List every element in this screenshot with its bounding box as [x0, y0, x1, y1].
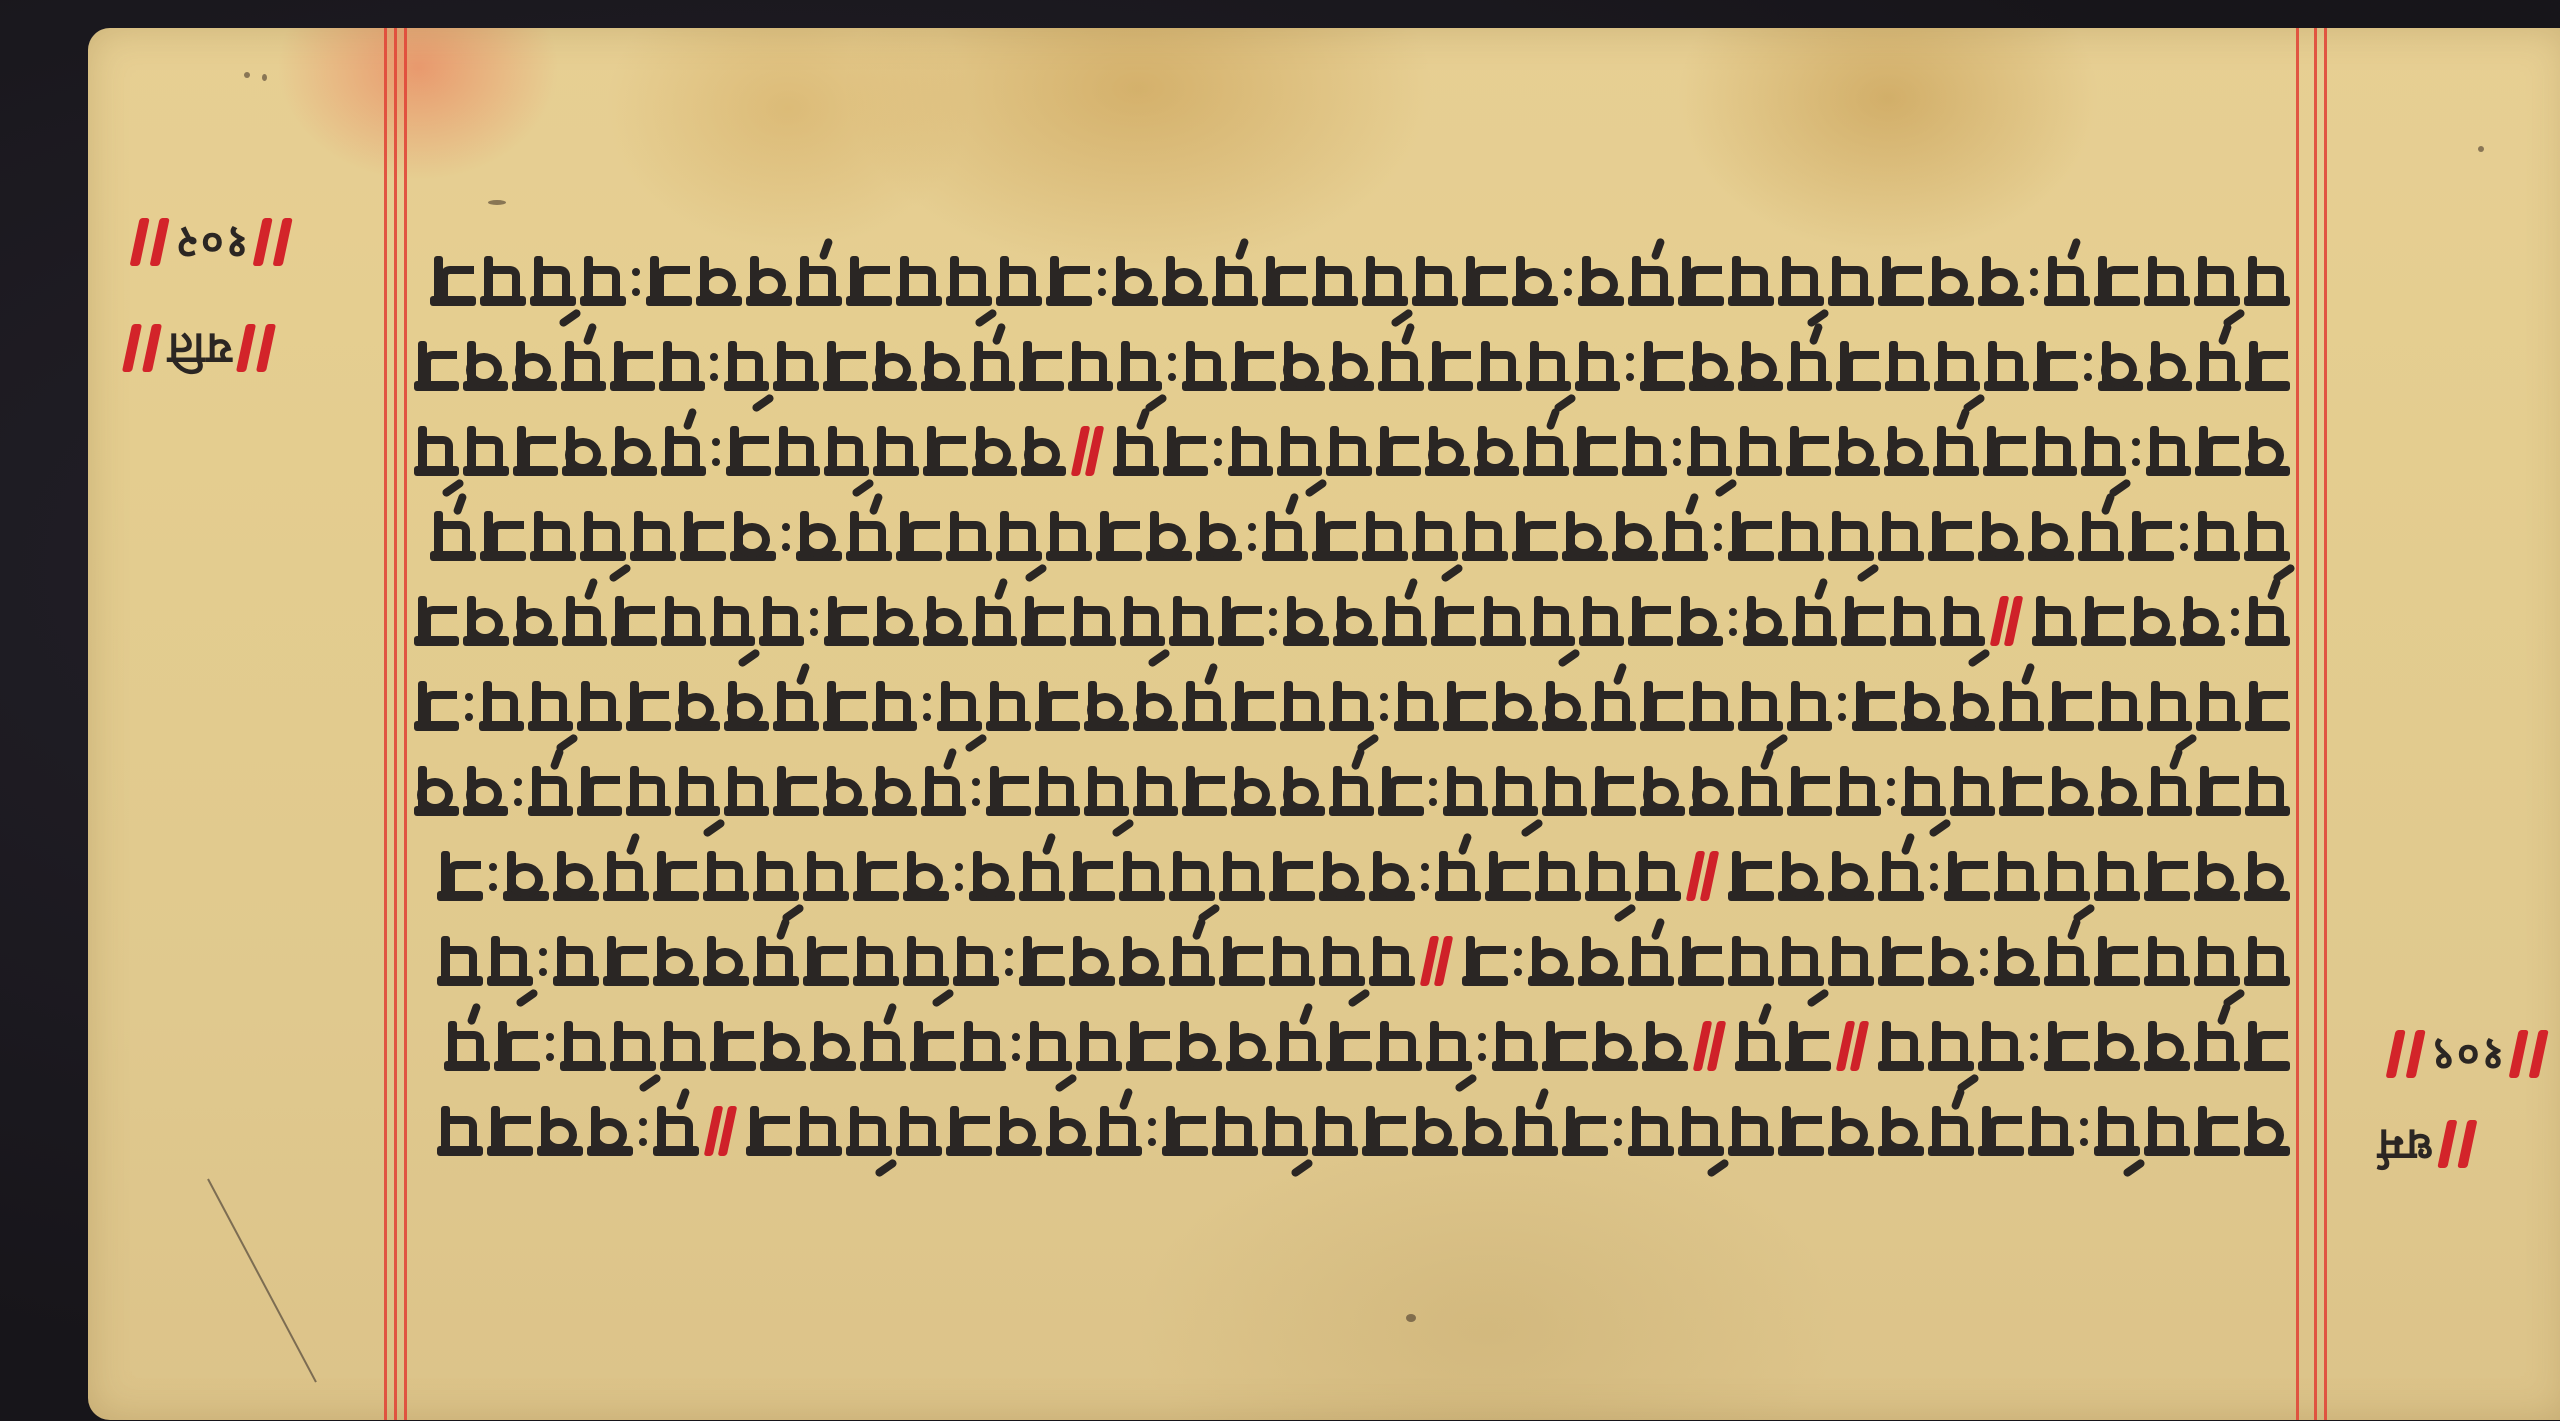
script-aksara: [1841, 596, 1886, 646]
script-aksara: [1076, 1021, 1122, 1071]
manuscript-line: [410, 1106, 2290, 1170]
script-aksara: [1934, 341, 1979, 391]
script-aksara: [1262, 256, 1308, 306]
script-aksara: [1828, 256, 1874, 306]
script-aksara: [653, 936, 699, 986]
left-margin-rule: [384, 28, 387, 1420]
script-aksara: [1376, 426, 1421, 476]
visarga-mark: [2078, 1106, 2090, 1156]
visarga-mark: [808, 596, 820, 646]
script-aksara: [660, 1021, 706, 1071]
left-margin-rule: [394, 28, 397, 1420]
script-aksara: [2028, 1106, 2074, 1156]
script-aksara: [873, 596, 918, 646]
script-aksara: [753, 936, 799, 986]
script-aksara: [1069, 936, 1115, 986]
script-aksara: [1425, 426, 1470, 476]
script-aksara: [946, 256, 992, 306]
visarga-mark: [1562, 256, 1574, 306]
script-aksara: [2195, 426, 2240, 476]
script-aksara: [1443, 766, 1488, 816]
visarga-mark: [2028, 1021, 2040, 1071]
script-aksara: [960, 1021, 1006, 1071]
script-aksara: [1046, 1106, 1092, 1156]
script-aksara: [2147, 681, 2192, 731]
script-aksara: [846, 256, 892, 306]
left-title-abbrev: यति: [124, 324, 274, 372]
script-aksara: [2033, 341, 2078, 391]
script-aksara: [587, 1106, 633, 1156]
script-aksara: [1828, 936, 1874, 986]
manuscript-folio: १०२ यति १०९ धर्म: [88, 28, 2560, 1420]
script-aksara: [824, 596, 869, 646]
script-aksara: [824, 426, 869, 476]
script-aksara: [414, 426, 459, 476]
script-aksara: [530, 256, 576, 306]
script-aksara: [528, 681, 573, 731]
script-aksara: [2032, 596, 2077, 646]
script-aksara: [1640, 766, 1685, 816]
script-aksara: [2098, 341, 2143, 391]
manuscript-line: [410, 681, 2290, 745]
script-aksara: [430, 256, 476, 306]
visarga-mark: [2082, 341, 2094, 391]
script-aksara: [528, 766, 573, 816]
script-aksara: [1326, 426, 1371, 476]
script-aksara: [1728, 1106, 1774, 1156]
script-aksara: [1269, 851, 1315, 901]
script-aksara: [996, 1106, 1042, 1156]
script-aksara: [1019, 341, 1064, 391]
script-aksara: [463, 596, 508, 646]
script-aksara: [580, 511, 626, 561]
visarga-mark: [921, 681, 933, 731]
script-aksara: [873, 426, 918, 476]
script-aksara: [726, 426, 771, 476]
script-aksara: [1162, 1106, 1208, 1156]
script-aksara: [730, 511, 776, 561]
script-aksara: [773, 341, 818, 391]
script-aksara: [487, 1106, 533, 1156]
script-aksara: [1836, 341, 1881, 391]
script-aksara: [2078, 511, 2124, 561]
script-aksara: [903, 851, 949, 901]
script-aksara: [1369, 936, 1415, 986]
script-aksara: [1231, 681, 1276, 731]
script-aksara: [1578, 256, 1624, 306]
script-aksara: [2244, 936, 2290, 986]
script-aksara: [1394, 681, 1439, 731]
script-aksara: [1628, 936, 1674, 986]
visarga-mark: [2178, 511, 2190, 561]
visarga-mark: [1836, 681, 1848, 731]
script-aksara: [2032, 426, 2077, 476]
script-aksara: [1312, 1106, 1358, 1156]
script-aksara: [1326, 1021, 1372, 1071]
script-aksara: [1329, 341, 1374, 391]
script-aksara: [675, 766, 720, 816]
script-aksara: [1836, 766, 1881, 816]
script-aksara: [1642, 1021, 1688, 1071]
visarga-mark: [1003, 936, 1015, 986]
script-aksara: [746, 1106, 792, 1156]
script-aksara: [1628, 596, 1673, 646]
script-aksara: [2196, 766, 2241, 816]
script-aksara: [872, 341, 917, 391]
script-aksara: [1542, 681, 1587, 731]
script-aksara: [2244, 851, 2290, 901]
visarga-mark: [537, 936, 549, 986]
script-aksara: [1578, 936, 1624, 986]
script-aksara: [1182, 341, 1227, 391]
script-aksara: [1884, 426, 1929, 476]
folio-number-text: १०९: [2430, 1030, 2505, 1078]
script-aksara: [2146, 426, 2191, 476]
script-aksara: [1885, 341, 1930, 391]
script-aksara: [1319, 936, 1365, 986]
script-aksara: [463, 766, 508, 816]
script-aksara: [1283, 596, 1328, 646]
script-aksara: [1687, 426, 1732, 476]
script-aksara: [923, 426, 968, 476]
script-aksara: [1163, 426, 1208, 476]
script-aksara: [1133, 766, 1178, 816]
script-aksara: [580, 256, 626, 306]
script-aksara: [611, 426, 656, 476]
script-aksara: [1021, 426, 1066, 476]
script-aksara: [1677, 596, 1722, 646]
script-aksara: [921, 341, 966, 391]
script-aksara: [480, 511, 526, 561]
script-aksara: [1428, 341, 1473, 391]
script-aksara: [724, 766, 769, 816]
folio-number-text: १०२: [174, 218, 249, 266]
script-aksara: [986, 681, 1031, 731]
script-aksara: [1019, 851, 1065, 901]
script-aksara: [773, 766, 818, 816]
script-aksara: [1878, 1021, 1924, 1071]
script-aksara: [626, 766, 671, 816]
visarga-mark: [710, 426, 722, 476]
script-aksara: [1778, 936, 1824, 986]
script-aksara: [1999, 681, 2044, 731]
script-aksara: [2094, 936, 2140, 986]
script-aksara: [1117, 341, 1162, 391]
script-aksara: [1212, 256, 1258, 306]
right-margin-rule: [2296, 28, 2299, 1420]
visarga-mark: [2130, 426, 2142, 476]
script-aksara: [1978, 1021, 2024, 1071]
script-aksara: [610, 1021, 656, 1071]
script-aksara: [2048, 766, 2093, 816]
script-aksara: [1379, 341, 1424, 391]
script-aksara: [1728, 936, 1774, 986]
script-aksara: [675, 681, 720, 731]
manuscript-line: [410, 936, 2290, 1000]
script-aksara: [1362, 256, 1408, 306]
script-aksara: [1738, 766, 1783, 816]
script-aksara: [1492, 766, 1537, 816]
script-aksara: [1231, 766, 1276, 816]
left-folio-number: १०२: [132, 218, 291, 266]
script-aksara: [1169, 936, 1215, 986]
title-abbrev-text: यति: [166, 324, 232, 372]
script-aksara: [1890, 596, 1935, 646]
script-aksara: [1585, 851, 1631, 901]
script-aksara: [724, 341, 769, 391]
visarga-mark: [1146, 1106, 1158, 1156]
script-aksara: [1382, 596, 1427, 646]
script-aksara: [972, 426, 1017, 476]
script-aksara: [1579, 596, 1624, 646]
manuscript-line: [410, 511, 2290, 575]
script-aksara: [1542, 1021, 1588, 1071]
script-aksara: [823, 341, 868, 391]
script-aksara: [1662, 511, 1708, 561]
script-aksara: [2244, 256, 2290, 306]
script-aksara: [2098, 681, 2143, 731]
script-aksara: [1852, 681, 1897, 731]
script-aksara: [1640, 341, 1685, 391]
script-aksara: [1628, 256, 1674, 306]
script-aksara: [1528, 936, 1574, 986]
script-aksara: [946, 1106, 992, 1156]
script-aksara: [1035, 766, 1080, 816]
visarga-mark: [1928, 851, 1940, 901]
visarga-mark: [1978, 936, 1990, 986]
script-aksara: [1575, 341, 1620, 391]
script-aksara: [2244, 511, 2290, 561]
script-aksara: [2196, 681, 2241, 731]
script-aksara: [760, 1021, 806, 1071]
script-aksara: [1426, 1021, 1472, 1071]
script-aksara: [923, 596, 968, 646]
visarga-mark: [1712, 511, 1724, 561]
manuscript-line: [410, 1021, 2290, 1085]
script-aksara: [1735, 1021, 1781, 1071]
script-aksara: [2180, 596, 2225, 646]
script-aksara: [437, 936, 483, 986]
script-aksara: [1169, 851, 1215, 901]
visarga-mark: [1268, 596, 1280, 646]
script-aksara: [1640, 681, 1685, 731]
script-aksara: [1369, 851, 1415, 901]
script-aksara: [1622, 426, 1667, 476]
script-aksara: [1835, 426, 1880, 476]
script-aksara: [2044, 851, 2090, 901]
script-aksara: [659, 341, 704, 391]
script-aksara: [2094, 1021, 2140, 1071]
script-aksara: [1950, 681, 1995, 731]
script-aksara: [1738, 341, 1783, 391]
script-aksara: [2044, 936, 2090, 986]
script-aksara: [1728, 256, 1774, 306]
script-aksara: [1530, 596, 1575, 646]
script-aksara: [430, 511, 476, 561]
script-aksara: [2048, 681, 2093, 731]
script-aksara: [1878, 851, 1924, 901]
script-aksara: [1901, 681, 1946, 731]
script-aksara: [872, 681, 917, 731]
script-aksara: [626, 681, 671, 731]
script-aksara: [2081, 426, 2126, 476]
script-aksara: [2245, 766, 2290, 816]
script-aksara: [562, 596, 607, 646]
script-aksara: [1126, 1021, 1172, 1071]
script-aksara: [577, 681, 622, 731]
script-aksara: [1787, 341, 1832, 391]
script-aksara: [1412, 1106, 1458, 1156]
script-aksara: [823, 766, 868, 816]
script-aksara: [1035, 681, 1080, 731]
script-aksara: [611, 596, 656, 646]
script-aksara: [1462, 256, 1508, 306]
script-aksara: [896, 511, 942, 561]
script-aksara: [1591, 766, 1636, 816]
script-aksara: [1362, 511, 1408, 561]
script-aksara: [1728, 511, 1774, 561]
script-aksara: [503, 851, 549, 901]
script-aksara: [953, 936, 999, 986]
script-aksara: [1689, 341, 1734, 391]
manuscript-line: [410, 766, 2290, 830]
script-aksara: [1046, 511, 1092, 561]
script-aksara: [437, 1106, 483, 1156]
script-aksara: [846, 511, 892, 561]
script-aksara: [2194, 1106, 2240, 1156]
double-danda: [2439, 1120, 2475, 1168]
script-aksara: [946, 511, 992, 561]
right-folio-number: १०९: [2388, 1030, 2547, 1078]
script-aksara: [1319, 851, 1365, 901]
script-aksara: [1738, 681, 1783, 731]
script-aksara: [996, 256, 1042, 306]
left-margin-rule: [404, 28, 407, 1420]
script-aksara: [2094, 1106, 2140, 1156]
script-aksara: [2094, 851, 2140, 901]
title-abbrev-text: धर्म: [2376, 1120, 2433, 1168]
script-aksara: [1226, 1021, 1272, 1071]
script-aksara: [1280, 766, 1325, 816]
script-aksara: [910, 1021, 956, 1071]
script-aksara: [2130, 596, 2175, 646]
visarga-mark: [637, 1106, 649, 1156]
script-aksara: [972, 596, 1017, 646]
double-danda: [238, 324, 274, 372]
script-aksara: [1120, 596, 1165, 646]
script-aksara: [1133, 681, 1178, 731]
script-aksara: [921, 766, 966, 816]
script-aksara: [1119, 936, 1165, 986]
script-aksara: [1526, 341, 1571, 391]
script-aksara: [610, 341, 655, 391]
script-aksara: [896, 256, 942, 306]
visarga-mark: [2028, 256, 2040, 306]
script-aksara: [1984, 341, 2029, 391]
script-aksara: [1379, 766, 1424, 816]
script-aksara: [1512, 256, 1558, 306]
script-aksara: [680, 511, 726, 561]
script-aksara: [561, 341, 606, 391]
red-double-danda: [1691, 851, 1714, 901]
script-aksara: [1228, 426, 1273, 476]
script-aksara: [1277, 426, 1322, 476]
visarga-mark: [780, 511, 792, 561]
script-aksara: [661, 426, 706, 476]
script-aksara: [696, 256, 742, 306]
script-aksara: [1736, 426, 1781, 476]
script-aksara: [1978, 256, 2024, 306]
visarga-mark: [1010, 1021, 1022, 1071]
script-aksara: [1928, 1106, 1974, 1156]
script-aksara: [1591, 681, 1636, 731]
script-aksara: [1212, 1106, 1258, 1156]
script-aksara: [2245, 596, 2290, 646]
script-aksara: [1329, 766, 1374, 816]
script-aksara: [1046, 256, 1092, 306]
visarga-mark: [1476, 1021, 1488, 1071]
script-aksara: [823, 681, 868, 731]
script-aksara: [653, 1106, 699, 1156]
script-aksara: [2244, 1106, 2290, 1156]
script-aksara: [1828, 851, 1874, 901]
script-aksara: [646, 256, 692, 306]
visarga-mark: [1379, 681, 1391, 731]
script-aksara: [1219, 851, 1265, 901]
script-aksara: [1878, 936, 1924, 986]
script-aksara: [1778, 256, 1824, 306]
script-aksara: [1512, 511, 1558, 561]
text-block: [410, 256, 2290, 1196]
script-aksara: [1786, 426, 1831, 476]
script-aksara: [1084, 681, 1129, 731]
visarga-mark: [709, 341, 721, 391]
script-aksara: [1376, 1021, 1422, 1071]
script-aksara: [1728, 851, 1774, 901]
visarga-mark: [2229, 596, 2241, 646]
script-aksara: [803, 936, 849, 986]
visarga-mark: [1671, 426, 1683, 476]
script-aksara: [1026, 1021, 1072, 1071]
red-double-danda: [1841, 1021, 1864, 1071]
script-aksara: [1196, 511, 1242, 561]
script-aksara: [513, 426, 558, 476]
script-aksara: [1535, 851, 1581, 901]
script-aksara: [746, 256, 792, 306]
script-aksara: [1562, 511, 1608, 561]
script-aksara: [2245, 426, 2290, 476]
script-aksara: [1678, 1106, 1724, 1156]
script-aksara: [1785, 1021, 1831, 1071]
double-danda: [2511, 1030, 2547, 1078]
script-aksara: [1778, 511, 1824, 561]
red-double-danda: [1425, 936, 1448, 986]
script-aksara: [860, 1021, 906, 1071]
script-aksara: [1443, 681, 1488, 731]
visarga-mark: [463, 681, 475, 731]
script-aksara: [537, 1106, 583, 1156]
script-aksara: [2144, 851, 2190, 901]
script-aksara: [1828, 511, 1874, 561]
script-aksara: [1635, 851, 1681, 901]
script-aksara: [603, 936, 649, 986]
visarga-mark: [1624, 341, 1636, 391]
script-aksara: [1787, 766, 1832, 816]
script-aksara: [1162, 256, 1208, 306]
script-aksara: [1480, 596, 1525, 646]
script-aksara: [1523, 426, 1568, 476]
script-aksara: [1978, 511, 2024, 561]
